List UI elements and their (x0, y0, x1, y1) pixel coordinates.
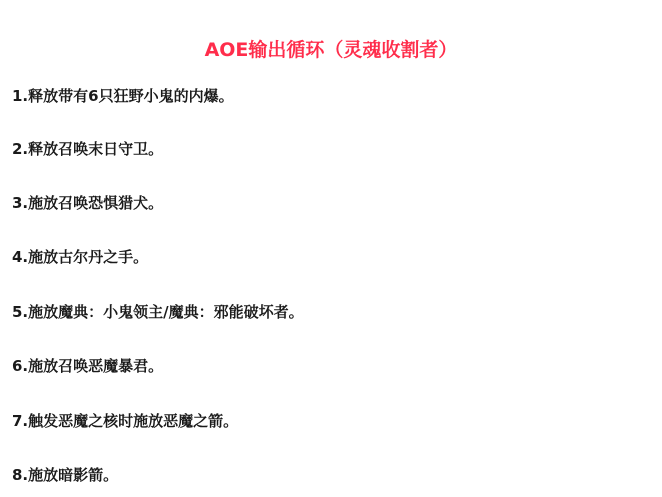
step-2: 2.释放召唤末日守卫。 (12, 139, 163, 159)
step-3: 3.施放召唤恐惧猎犬。 (12, 193, 163, 213)
step-4: 4.施放古尔丹之手。 (12, 247, 148, 267)
step-8: 8.施放暗影箭。 (12, 465, 118, 485)
page-title: AOE输出循环（灵魂收割者） (0, 37, 662, 63)
step-5: 5.施放魔典：小鬼领主/魔典：邪能破坏者。 (12, 302, 304, 322)
step-6: 6.施放召唤恶魔暴君。 (12, 356, 163, 376)
step-1: 1.释放带有6只狂野小鬼的内爆。 (12, 86, 234, 106)
step-7: 7.触发恶魔之核时施放恶魔之箭。 (12, 411, 238, 431)
